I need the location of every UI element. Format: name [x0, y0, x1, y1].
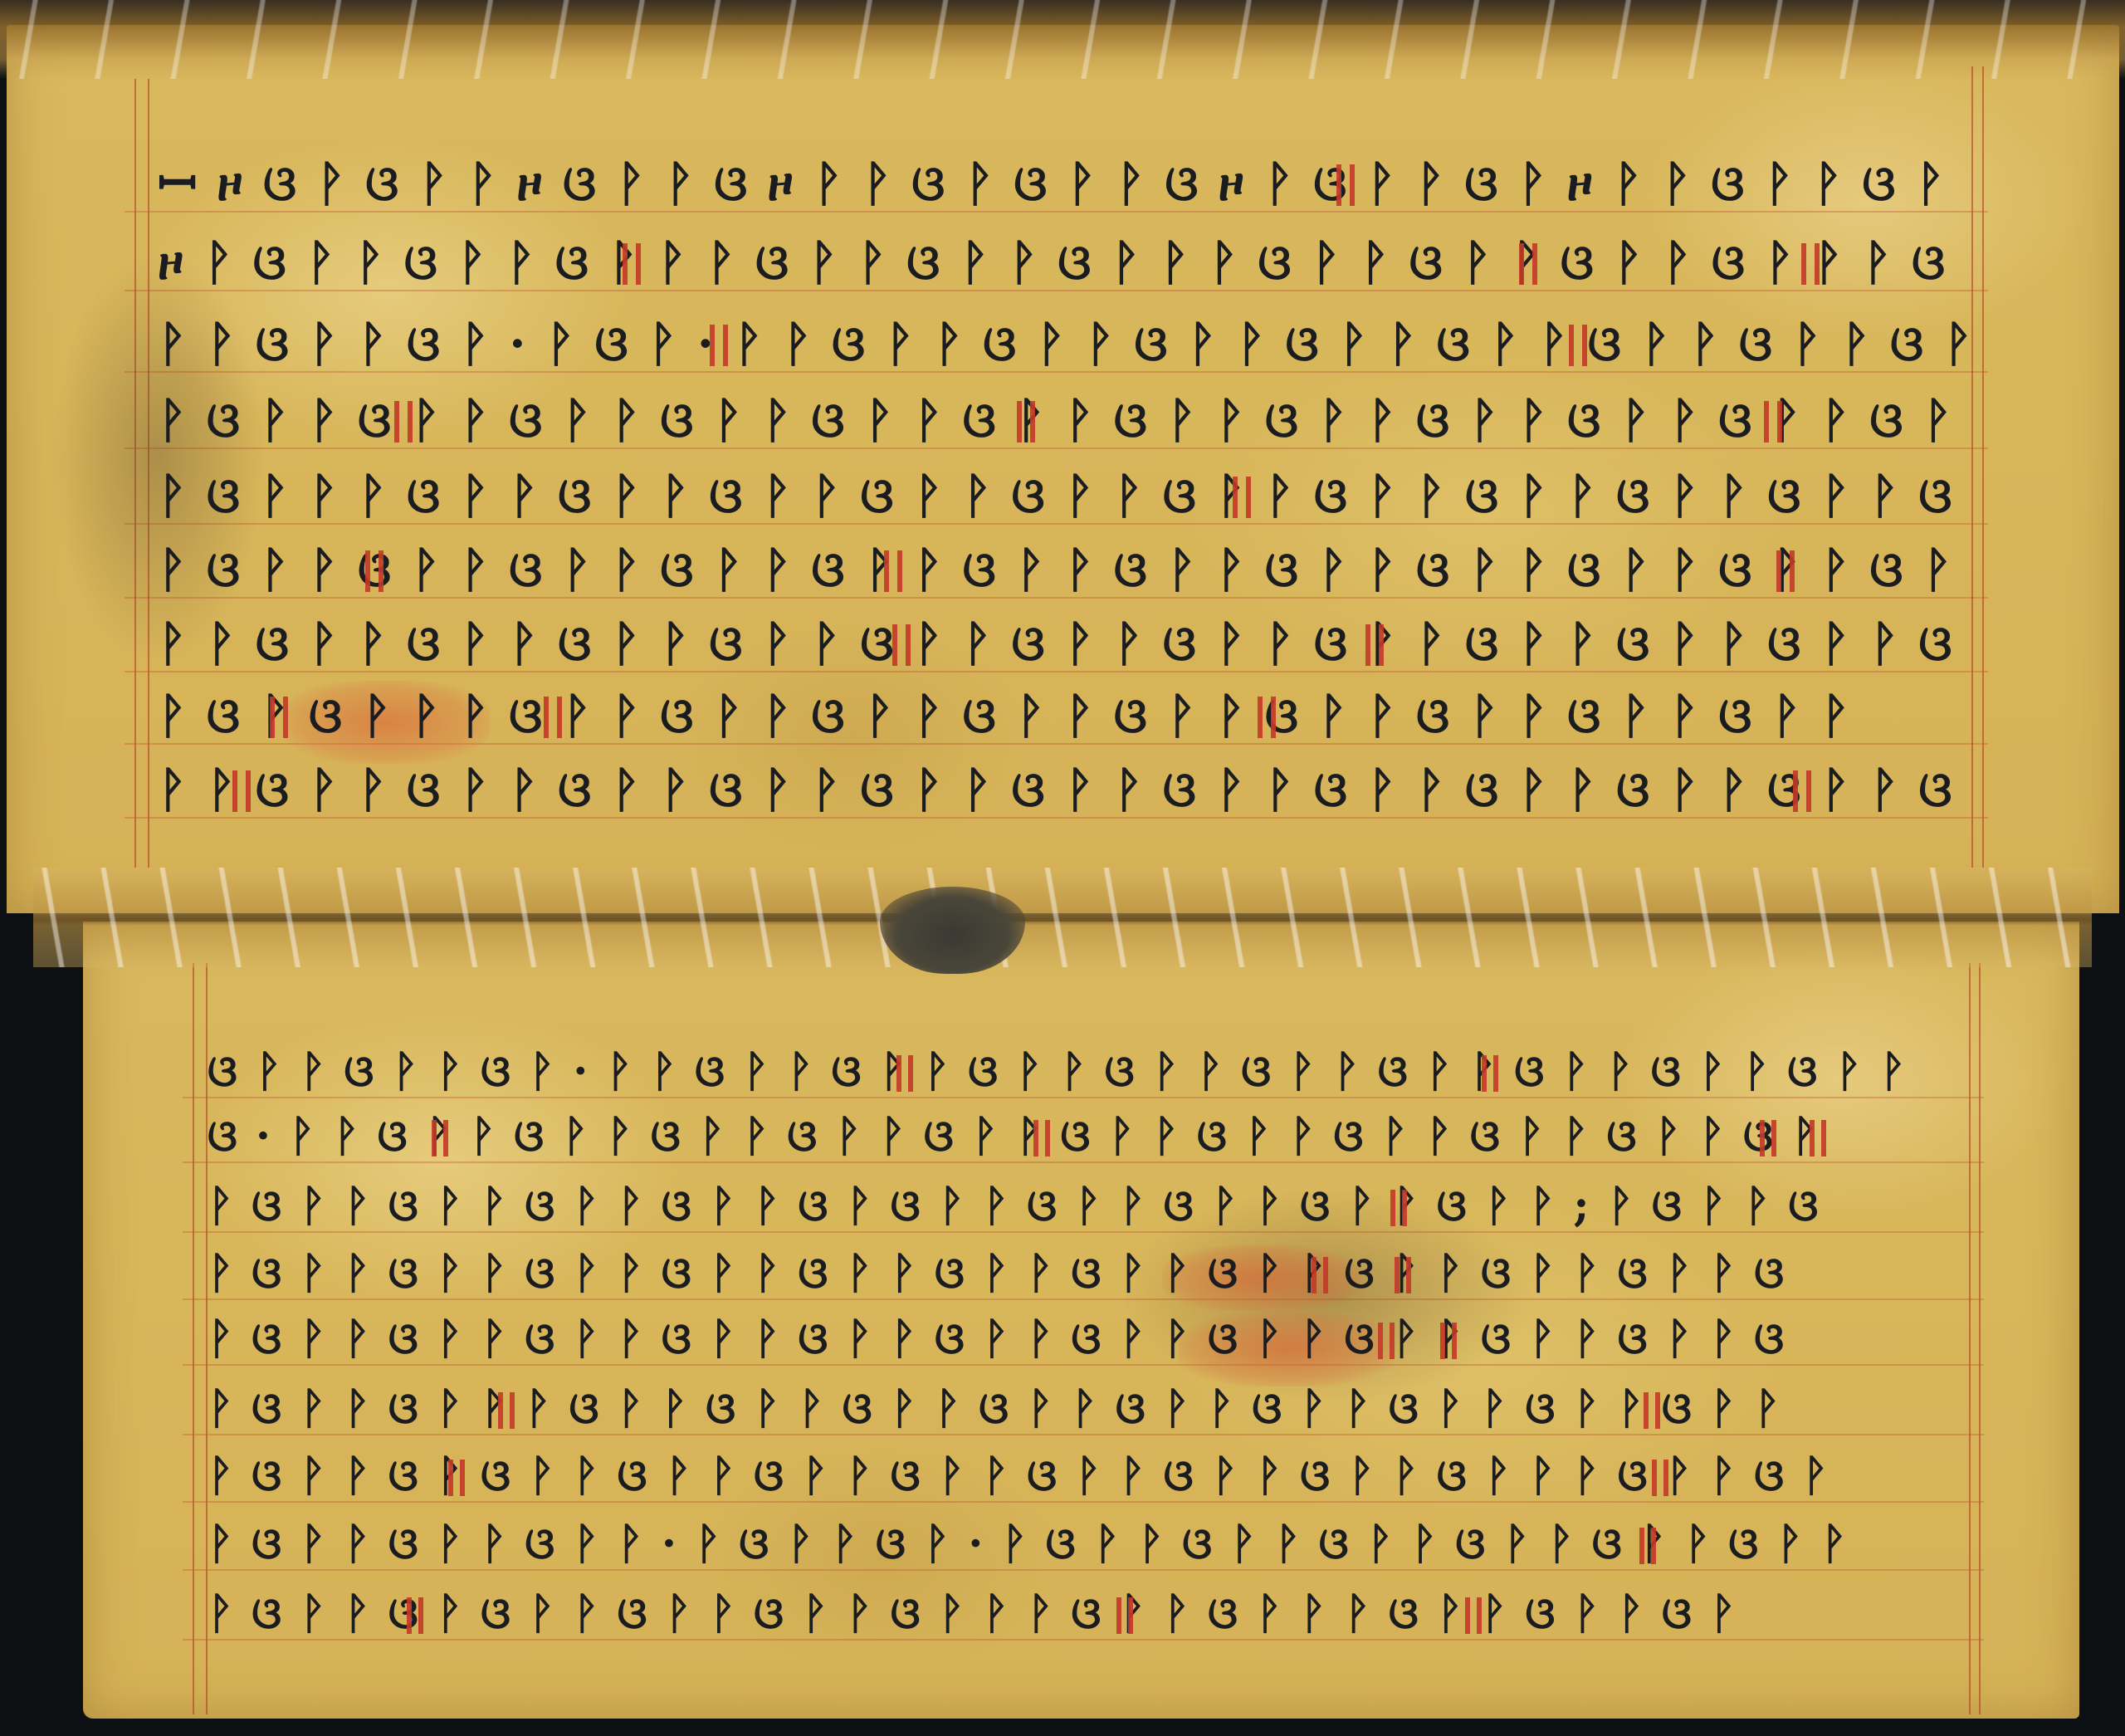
red-danda-mark [270, 697, 288, 738]
manuscript-line: ꟷ ዞ ଓ ᚹ ଓ ᚹ ᚹ ዞ ଓ ᚹ ᚹ ଓ ዞ ᚹ ᚹ ଓ ᚹ ଓ ᚹ ᚹ … [158, 156, 1967, 214]
manuscript-line: ᚹ ଓ ᚹ ᚹ ଓ ᚹ ᚹ ଓ ᚹ ᚹ · ᚹ ଓ ᚹ ᚹ ଓ ᚹ · ᚹ ଓ … [208, 1519, 1959, 1572]
red-danda-mark [1233, 477, 1251, 518]
red-danda-mark [1519, 243, 1537, 285]
lower-right-ruling [1969, 963, 1971, 1714]
red-danda-mark [448, 1460, 465, 1496]
red-danda-mark [498, 1392, 515, 1429]
manuscript-line: ᚹ ଓ ᚹ ᚹ ଓ ᚹ ଓ ᚹ ᚹ ଓ ᚹ ᚹ ଓ ᚹ ᚹ ଓ ᚹ ᚹ ଓ ᚹ … [208, 1451, 1959, 1504]
red-danda-mark [1652, 1460, 1668, 1496]
manuscript-line: ᚹ ଓ ᚹ ᚹ ଓ ᚹ ᚹ ଓ ᚹ ᚹ ଓ ᚹ ᚹ ଓ ᚹ ଓ ᚹ ᚹ ଓ ᚹ … [208, 1181, 1959, 1235]
red-danda-mark [1644, 1392, 1660, 1429]
manuscript-line: ᚹ ଓ ᚹ ଓ ᚹ ᚹ ᚹ ଓ ᚹ ᚹ ଓ ᚹ ᚹ ଓ ᚹ ᚹ ଓ ᚹ ᚹ ଓ … [158, 688, 1967, 746]
red-danda-mark [1764, 401, 1782, 443]
red-danda-mark [1116, 1597, 1133, 1634]
manuscript-line: ଓ ᚹ ᚹ ଓ ᚹ ᚹ ଓ ᚹ · ᚹ ᚹ ଓ ᚹ ᚹ ଓ ᚹ ᚹ ଓ ᚹ ᚹ … [208, 1047, 1959, 1100]
red-danda-mark [896, 1055, 913, 1092]
manuscript-line: ᚹ ଓ ᚹ ᚹ ଓ ᚹ ᚹ ଓ ᚹ ᚹ ଓ ᚹ ᚹ ଓ ᚹ ᚹ ଓ ᚹ ᚹ ଓ … [208, 1314, 1959, 1367]
upper-right-ruling [1982, 66, 1984, 868]
manuscript-line: ᚹ ଓ ᚹ ᚹ ଓ ᚹ ᚹ ଓ ᚹ ᚹ ଓ ᚹ ᚹ ଓ ᚹ ᚹ ଓ ᚹ ᚹ ଓ … [158, 393, 1967, 451]
manuscript-line: ᚹ ᚹ ଓ ᚹ ᚹ ଓ ᚹ ᚹ ଓ ᚹ ᚹ ଓ ᚹ ᚹ ଓ ᚹ ᚹ ଓ ᚹ ᚹ … [158, 762, 1967, 820]
red-danda-mark [1639, 1528, 1656, 1564]
manuscript-line: ଓ · ᚹ ᚹ ଓ ᚹ ᚹ ଓ ᚹ ᚹ ଓ ᚹ ᚹ ଓ ᚹ ᚹ ଓ ᚹ ᚹ ଓ … [208, 1112, 1959, 1165]
manuscript-line: ዞ ᚹ ଓ ᚹ ᚹ ଓ ᚹ ᚹ ଓ ᚹ ᚹ ᚹ ଓ ᚹ ᚹ ଓ ᚹ ᚹ ଓ ᚹ … [158, 235, 1967, 293]
red-danda-mark [394, 401, 413, 443]
red-danda-mark [1017, 401, 1035, 443]
red-danda-mark [407, 1597, 423, 1634]
red-danda-mark [1336, 164, 1355, 206]
lower-left-ruling [193, 963, 194, 1714]
manuscript-line: ᚹ ଓ ᚹ ᚹ ଓ ᚹ ଓ ᚹ ᚹ ଓ ᚹ ᚹ ଓ ᚹ ᚹ ଓ ᚹ ᚹ ᚹ ଓ … [208, 1589, 1959, 1642]
red-danda-mark [710, 325, 728, 366]
red-danda-mark [1312, 1257, 1328, 1293]
red-danda-mark [892, 624, 911, 666]
paper-stain [50, 249, 266, 664]
red-danda-mark [1365, 624, 1384, 666]
upper-right-ruling [1971, 66, 1973, 868]
red-danda-mark [544, 697, 562, 738]
fold-repair-tape [33, 868, 2092, 967]
red-danda-mark [1801, 243, 1820, 285]
top-edge-tape [0, 0, 2125, 79]
manuscript-line: ᚹ ଓ ᚹ ᚹ ଓ ᚹ ᚹ ଓ ᚹ ᚹ ଓ ᚹ ᚹ ଓ ᚹ ᚹ ଓ ᚹ ᚹ ଓ … [208, 1249, 1959, 1302]
red-danda-mark [232, 770, 251, 812]
red-danda-mark [1793, 770, 1811, 812]
manuscript-line: ᚹ ଓ ᚹ ᚹ ଓ ᚹ ᚹ ᚹ ଓ ᚹ ᚹ ଓ ᚹ ᚹ ଓ ᚹ ᚹ ଓ ᚹ ᚹ … [208, 1384, 1959, 1437]
red-danda-mark [1569, 325, 1587, 366]
red-danda-mark [1395, 1257, 1411, 1293]
red-danda-mark [623, 243, 641, 285]
manuscript-line: ᚹ ଓ ᚹ ᚹ ᚹ ଓ ᚹ ᚹ ଓ ᚹ ᚹ ଓ ᚹ ᚹ ଓ ᚹ ᚹ ଓ ᚹ ᚹ … [158, 468, 1967, 526]
manuscript-line: ᚹ ଓ ᚹ ᚹ ଓ ᚹ ᚹ ଓ ᚹ ᚹ ଓ ᚹ ᚹ ଓ ᚹ ᚹ ଓ ᚹ ᚹ ଓ … [158, 542, 1967, 600]
manuscript-line: ᚹ ᚹ ଓ ᚹ ᚹ ଓ ᚹ · ᚹ ଓ ᚹ · ᚹ ᚹ ଓ ᚹ ᚹ ଓ ᚹ ᚹ … [158, 316, 1967, 374]
red-danda-mark [1760, 1120, 1776, 1157]
lower-right-ruling [1979, 963, 1981, 1714]
red-danda-mark [1258, 697, 1276, 738]
red-danda-mark [1810, 1120, 1826, 1157]
red-danda-mark [432, 1120, 448, 1157]
red-danda-mark [1033, 1120, 1050, 1157]
manuscript-line: ᚹ ᚹ ଓ ᚹ ᚹ ଓ ᚹ ᚹ ଓ ᚹ ᚹ ଓ ᚹ ᚹ ଓ ᚹ ᚹ ଓ ᚹ ᚹ … [158, 616, 1967, 674]
red-danda-mark [1390, 1190, 1407, 1226]
red-danda-mark [365, 550, 383, 592]
red-danda-mark [1378, 1323, 1395, 1359]
red-danda-mark [884, 550, 902, 592]
red-danda-mark [1776, 550, 1795, 592]
red-danda-mark [1482, 1055, 1498, 1092]
red-danda-mark [1465, 1597, 1482, 1634]
red-danda-mark [1440, 1323, 1457, 1359]
